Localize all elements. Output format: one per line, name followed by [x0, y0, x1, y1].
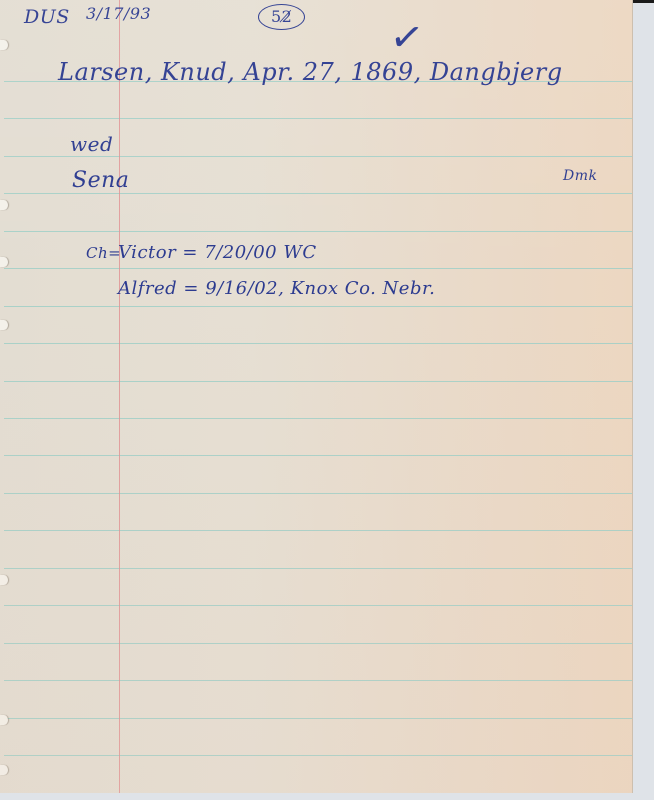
- children-label: Ch=: [86, 244, 121, 262]
- binder-hole: [0, 40, 8, 50]
- binder-hole: [0, 257, 8, 267]
- rule-line: [4, 755, 632, 756]
- rule-line: [4, 643, 632, 644]
- checkmark-icon: ✓: [387, 13, 427, 63]
- page-number-circled: 52̸: [258, 4, 305, 30]
- rule-line: [4, 118, 632, 119]
- rule-line: [4, 268, 632, 269]
- wed-label: wed: [70, 132, 113, 156]
- rule-line: [4, 343, 632, 344]
- rule-line: [4, 231, 632, 232]
- rule-line: [4, 718, 632, 719]
- rule-line: [4, 530, 632, 531]
- rule-line: [4, 680, 632, 681]
- rule-line: [4, 193, 632, 194]
- child-entry: Alfred = 9/16/02, Knox Co. Nebr.: [118, 278, 435, 299]
- rule-line: [4, 493, 632, 494]
- rule-line: [4, 381, 632, 382]
- person-name-birth-line: Larsen, Knud, Apr. 27, 1869, Dangbjerg: [58, 58, 563, 86]
- child-entry: Victor = 7/20/00 WC: [118, 242, 317, 263]
- binder-hole: [0, 575, 8, 585]
- notebook-page: DUS 3/17/93 52̸ ✓ Larsen, Knud, Apr. 27,…: [0, 0, 633, 793]
- spouse-name: Sena: [72, 168, 129, 193]
- rule-line: [4, 156, 632, 157]
- binder-hole: [0, 715, 8, 725]
- margin-line: [119, 0, 120, 793]
- binder-hole: [0, 320, 8, 330]
- rule-line: [4, 418, 632, 419]
- record-date: 3/17/93: [86, 4, 151, 23]
- researcher-initials: DUS: [24, 6, 70, 28]
- binder-hole: [0, 200, 8, 210]
- country-note: Dmk: [563, 168, 597, 184]
- rule-line: [4, 568, 632, 569]
- rule-line: [4, 605, 632, 606]
- scanner-edge: [632, 0, 654, 3]
- rule-line: [4, 455, 632, 456]
- binder-hole: [0, 765, 8, 775]
- rule-line: [4, 306, 632, 307]
